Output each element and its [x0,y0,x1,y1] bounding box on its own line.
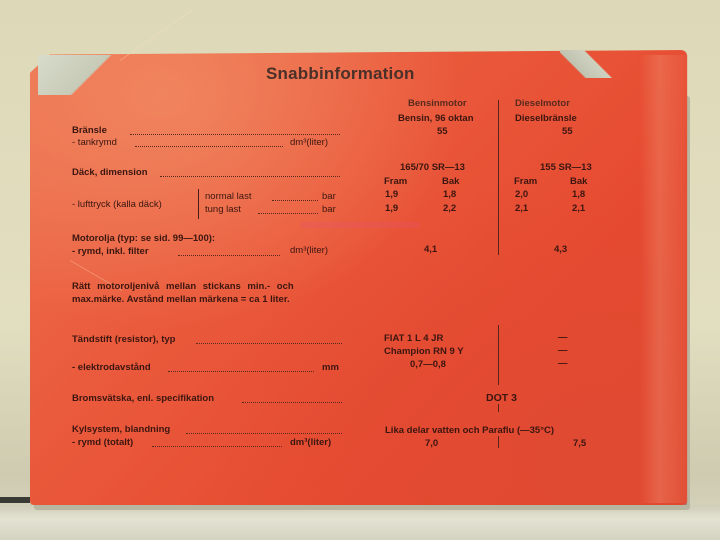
unit-elektrodavstand: mm [322,362,339,373]
value-bensin-fuel: Bensin, 96 oktan [398,113,474,124]
unit-normal-last: bar [322,191,336,202]
bracket-divider [198,189,199,219]
label-elektrodavstand: - elektrodavstånd [72,362,151,373]
page-title: Snabbinformation [266,64,415,84]
value-bensin-normal-bak: 1,8 [443,189,456,200]
label-kyl-rymd: - rymd (totalt) [72,437,133,448]
quick-info-page: Snabbinformation Bensinmotor Dieselmotor… [0,0,720,540]
subheader-bak-bensin: Bak [442,176,459,187]
value-diesel-tank: 55 [562,126,573,137]
leader-dots [272,200,318,201]
label-bromsvatska: Bromsvätska, enl. specifikation [72,393,214,404]
leader-dots [258,213,318,214]
value-diesel-normal-bak: 1,8 [572,189,585,200]
value-diesel-normal-fram: 2,0 [515,189,528,200]
label-tankrymd: - tankrymd [72,137,117,148]
label-normal-last: normal last [205,191,251,202]
value-bensin-coolant: 7,0 [425,438,438,449]
value-bensin-tank: 55 [437,126,448,137]
column-divider [498,436,499,448]
value-bensin-normal-fram: 1,9 [385,189,398,200]
label-motorolja: Motorolja (typ: se sid. 99—100): [72,233,215,244]
value-bensin-plug-champion: Champion RN 9 Y [384,346,464,357]
subheader-bak-diesel: Bak [570,176,587,187]
leader-dots [196,343,342,344]
value-diesel-oil: 4,3 [554,244,567,255]
column-divider [498,100,499,255]
value-coolant-mix: Lika delar vatten och Paraflu (—35°C) [385,425,554,436]
value-bensin-tung-fram: 1,9 [385,203,398,214]
value-bensin-gap: 0,7—0,8 [410,359,446,370]
value-brake-fluid: DOT 3 [486,392,517,404]
leader-dots [135,146,283,147]
value-bensin-oil: 4,1 [424,244,437,255]
value-diesel-fuel: Dieselbränsle [515,113,577,124]
label-tandstift: Tändstift (resistor), typ [72,334,175,345]
label-rymd-inkl-filter: - rymd, inkl. filter [72,246,149,257]
leader-dots [130,134,340,135]
unit-tankrymd: dm³(liter) [290,137,328,148]
unit-tung-last: bar [322,204,336,215]
label-dack-dimension: Däck, dimension [72,167,148,178]
column-header-bensinmotor: Bensinmotor [408,98,467,109]
leader-dots [152,446,282,447]
value-diesel-tung-bak: 2,1 [572,203,585,214]
leader-dots [160,176,340,177]
leader-dots [242,402,342,403]
value-bensin-plug-fiat: FIAT 1 L 4 JR [384,333,443,344]
label-tung-last: tung last [205,204,241,215]
value-diesel-gap: — [558,358,568,369]
subheader-fram-diesel: Fram [514,176,537,187]
label-bransle: Bränsle [72,125,107,136]
label-kylsystem: Kylsystem, blandning [72,424,170,435]
note-line-1: Rätt motoroljenivå mellan stickans min.-… [72,281,294,292]
leader-dots [186,433,342,434]
value-diesel-plug-2: — [558,345,568,356]
value-diesel-plug-1: — [558,332,568,343]
value-diesel-tire: 155 SR—13 [540,162,592,173]
leader-dots [178,255,280,256]
unit-motorolja: dm³(liter) [290,245,328,256]
column-divider [498,404,499,412]
leader-dots [168,371,314,372]
value-diesel-coolant: 7,5 [573,438,586,449]
value-bensin-tire: 165/70 SR—13 [400,162,465,173]
label-lufttryck: - lufttryck (kalla däck) [72,199,162,210]
column-header-dieselmotor: Dieselmotor [515,98,570,109]
column-divider [498,325,499,385]
note-line-2: max.märke. Avstånd mellan märkena = ca 1… [72,294,290,305]
value-diesel-tung-fram: 2,1 [515,203,528,214]
subheader-fram-bensin: Fram [384,176,407,187]
value-bensin-tung-bak: 2,2 [443,203,456,214]
unit-kyl-rymd: dm³(liter) [290,437,331,448]
